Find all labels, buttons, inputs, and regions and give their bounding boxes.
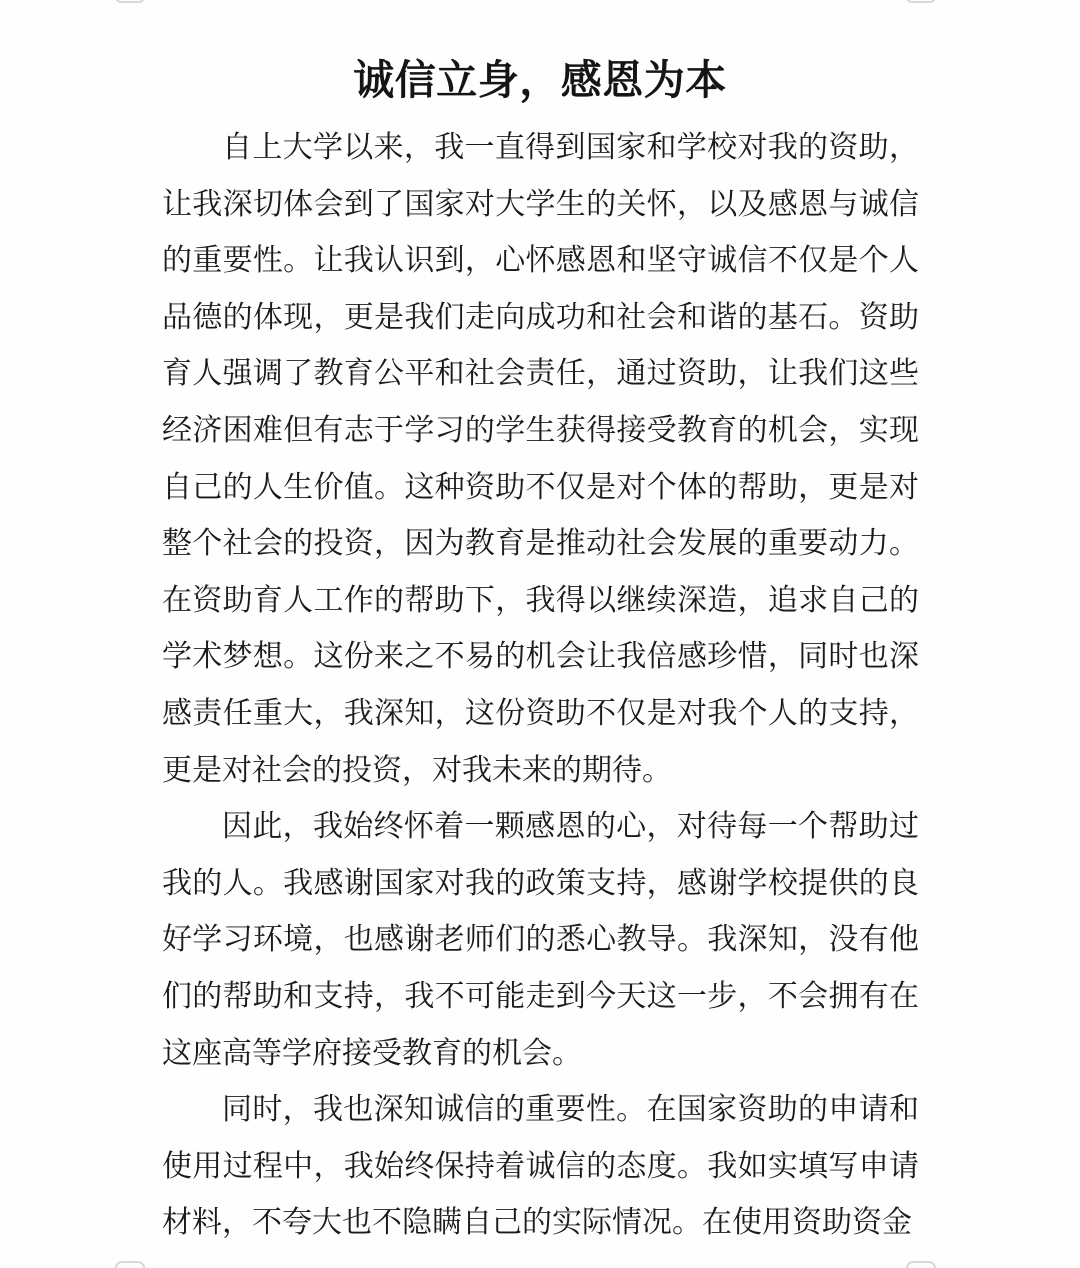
paragraph: 因此，我始终怀着一颗感恩的心，对待每一个帮助过我的人。我感谢国家对我的政策支持，… bbox=[162, 799, 919, 1082]
paragraph: 自上大学以来，我一直得到国家和学校对我的资助，让我深切体会到了国家对大学生的关怀… bbox=[162, 120, 919, 799]
page-edge-artifact-bottom-right bbox=[906, 1261, 936, 1268]
page-edge-artifact-top-right bbox=[906, 0, 936, 3]
document-title: 诚信立身，感恩为本 bbox=[0, 55, 1080, 105]
page-edge-artifact-top-left bbox=[115, 0, 145, 3]
document-page: 诚信立身，感恩为本 自上大学以来，我一直得到国家和学校对我的资助，让我深切体会到… bbox=[0, 0, 1080, 1268]
page-edge-artifact-bottom-left bbox=[115, 1261, 145, 1268]
document-body: 自上大学以来，我一直得到国家和学校对我的资助，让我深切体会到了国家对大学生的关怀… bbox=[162, 120, 919, 1252]
paragraph: 同时，我也深知诚信的重要性。在国家资助的申请和使用过程中，我始终保持着诚信的态度… bbox=[162, 1082, 919, 1252]
